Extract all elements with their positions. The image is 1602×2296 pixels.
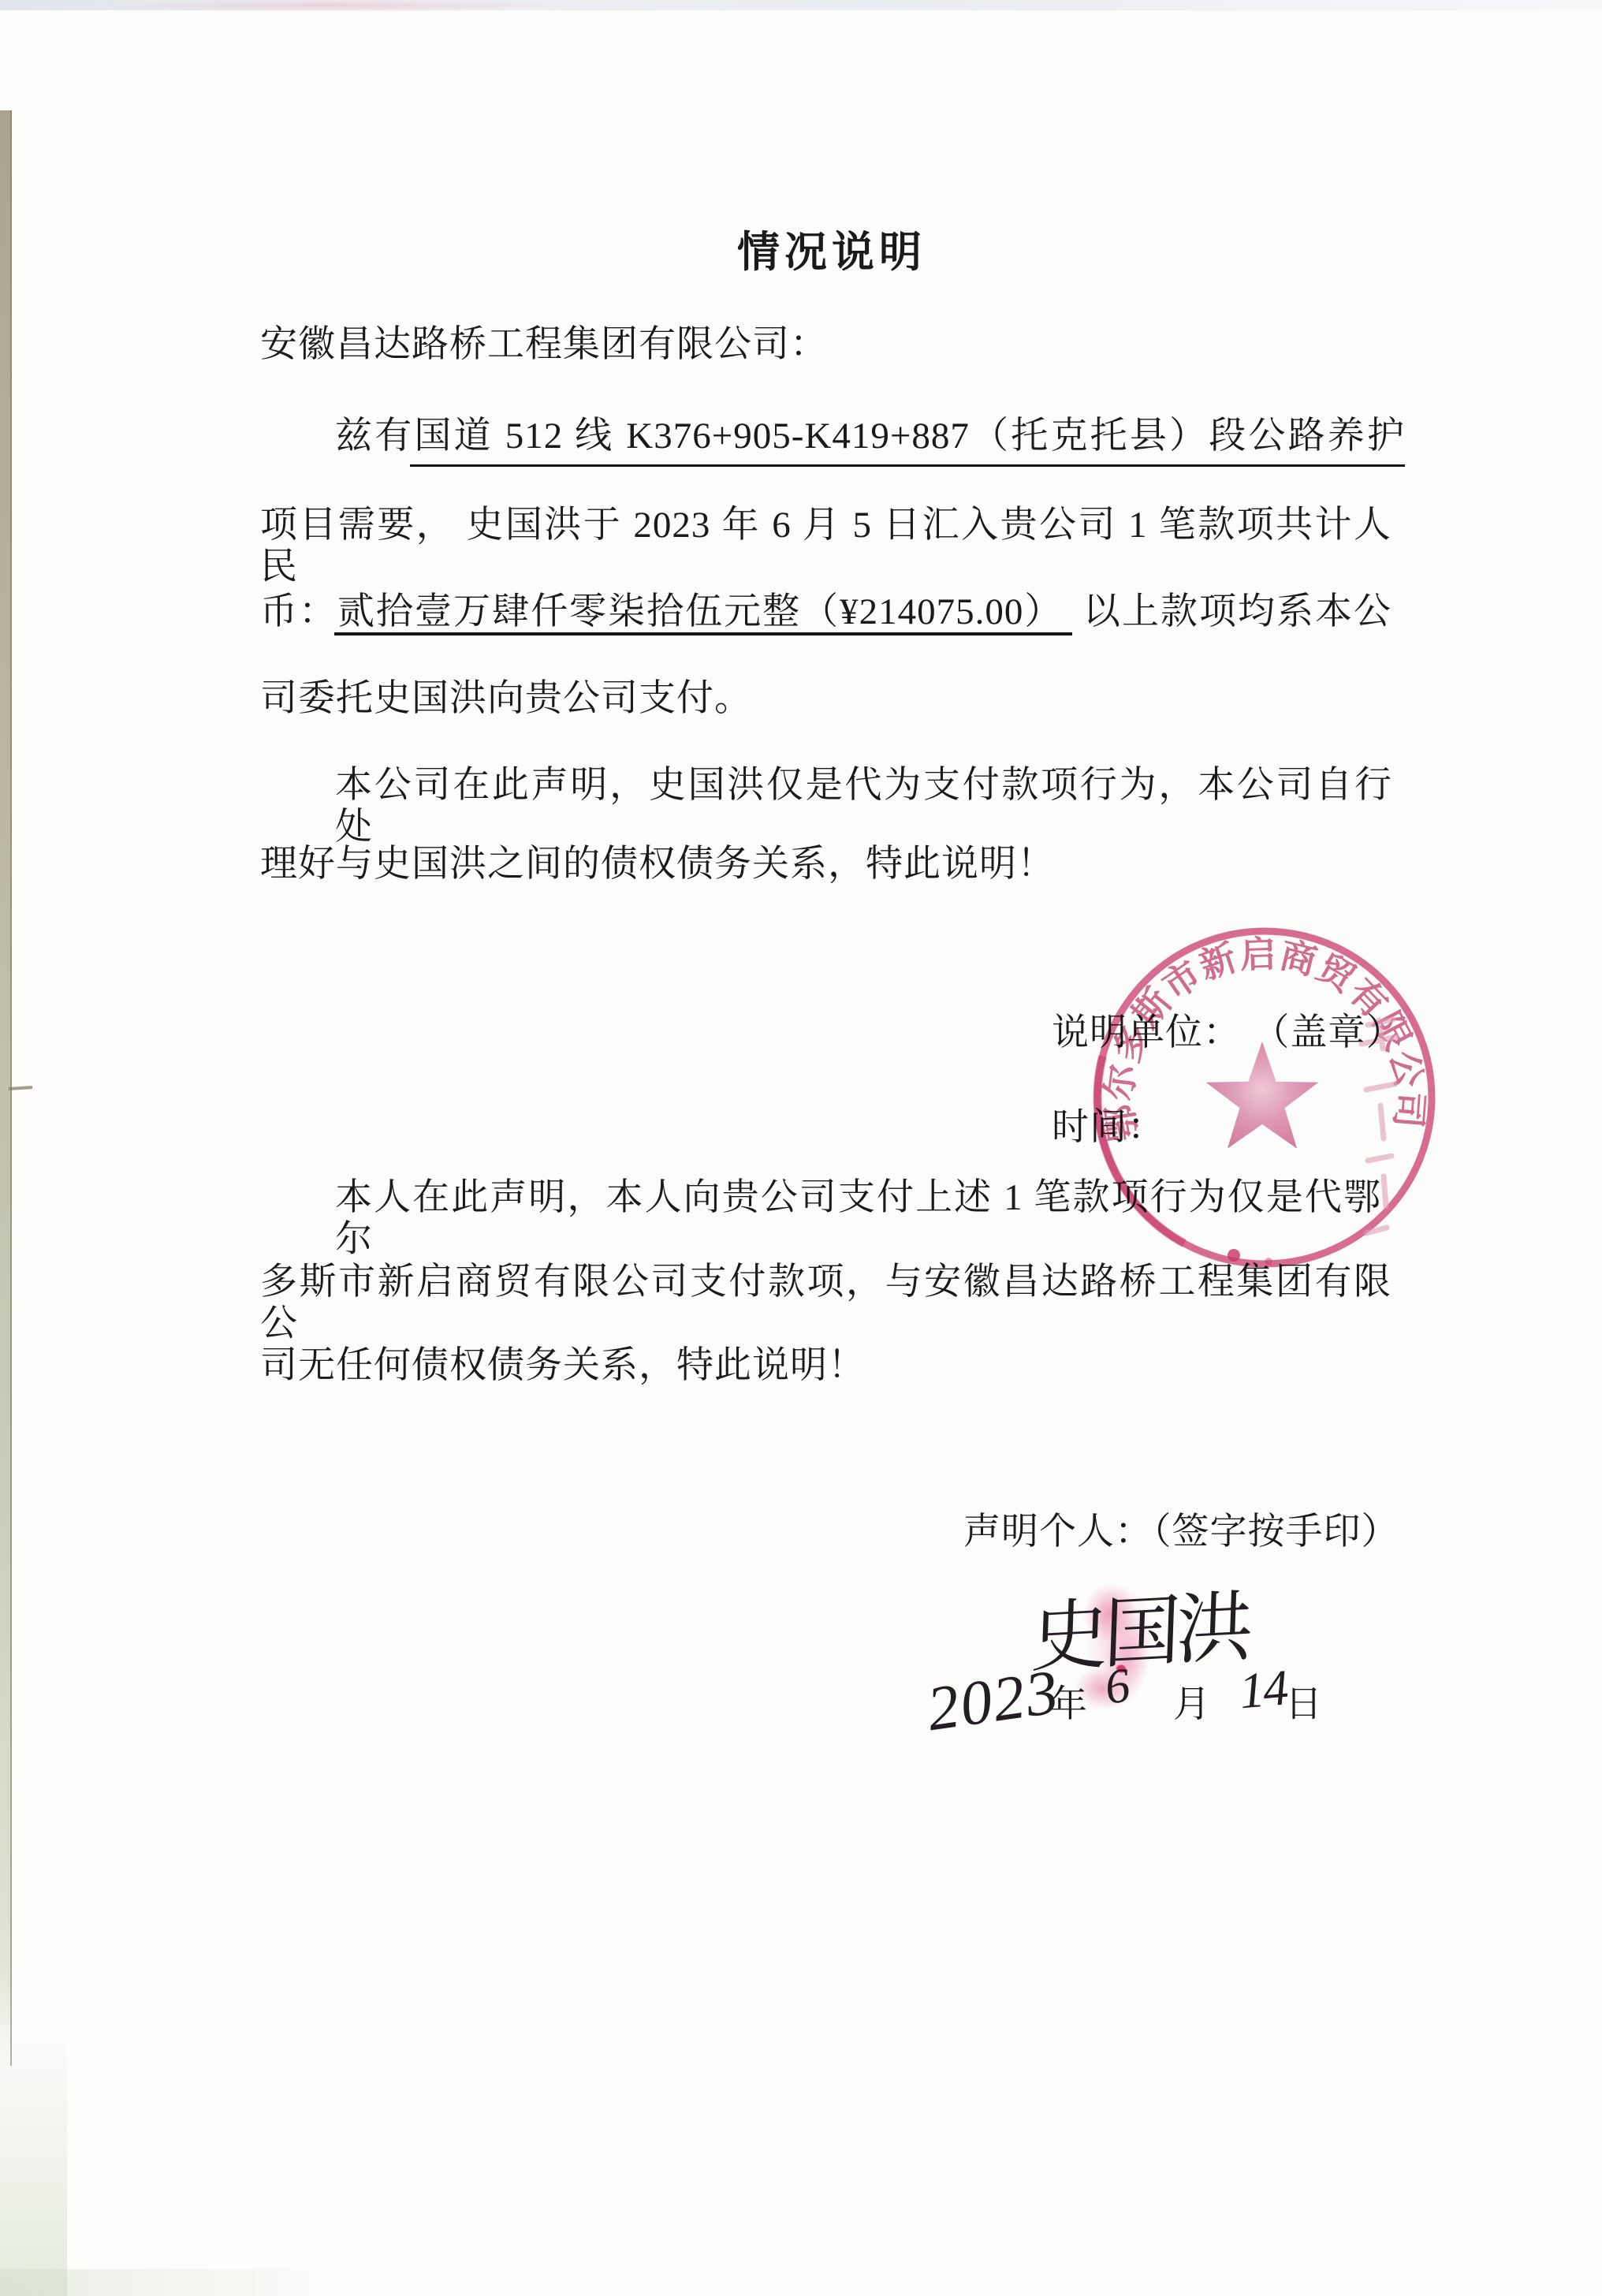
date-day-unit: 日: [1285, 1675, 1322, 1728]
para1-line3: 币：贰拾壹万肆仟零柒拾伍元整（¥214075.00） 以上款项均系本公: [260, 591, 1392, 633]
para1-line2: 项目需要， 史国洪于 2023 年 6 月 5 日汇入贵公司 1 笔款项共计人民: [260, 505, 1392, 587]
seal-ink-blot-small: [1265, 1258, 1272, 1265]
para2-line2: 理好与史国洪之间的债权债务关系，特此说明！: [260, 844, 1055, 885]
para1-line4: 司委托史国洪向贵公司支付。: [260, 678, 752, 720]
scan-top-pink-smudge: [102, 0, 576, 11]
date-year-unit: 年: [1050, 1675, 1087, 1728]
salutation-line: 安徽昌达路桥工程集团有限公司：: [260, 324, 828, 366]
seal-ink-blot: [1228, 1249, 1240, 1262]
scan-bottom-edge-tint: [0, 2269, 339, 2296]
company-seal-stamp: 鄂尔多斯市新启商贸有限公司: [1090, 926, 1442, 1274]
underline-project: [410, 464, 1405, 467]
handwritten-year: 2023: [922, 1657, 1064, 1746]
date-month-unit: 月: [1173, 1675, 1210, 1728]
para2-line1: 本公司在此声明，史国洪仅是代为支付款项行为，本公司自行处: [335, 765, 1392, 848]
para3-line3: 司无任何债权债务关系，特此说明！: [260, 1345, 866, 1387]
scan-left-edge-tick: [9, 1086, 32, 1090]
para1-line1: 兹有国道 512 线 K376+905-K419+887（托克托县）段公路养护: [335, 416, 1405, 457]
declarant-label: 声明个人：（签字按手印）: [963, 1511, 1399, 1553]
seal-star-icon: [1206, 1042, 1319, 1149]
handwritten-signature: 史国洪: [1030, 1565, 1251, 1688]
doc-title: 情况说明: [737, 229, 926, 276]
underline-amount: [334, 632, 1072, 635]
scan-bottom-left-tint: [0, 2026, 67, 2296]
handwritten-day: 14: [1237, 1659, 1289, 1721]
